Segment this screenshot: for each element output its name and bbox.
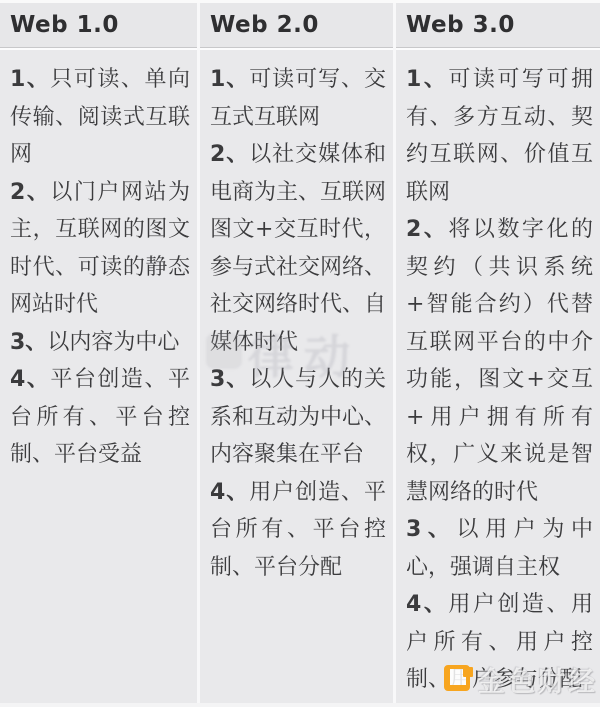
- column-header-web1: Web 1.0: [0, 3, 197, 48]
- list-item: 2、以门户网站为主，互联网的图文时代、可读的静态网站时代: [10, 174, 190, 324]
- list-item: 4、平台创造、平台所有、平台控制、平台受益: [10, 361, 190, 474]
- item-marker: 1、: [210, 67, 249, 92]
- column-header-web2: Web 2.0: [200, 3, 393, 48]
- item-marker: 4、: [10, 367, 50, 392]
- item-marker: 2、: [406, 217, 448, 242]
- list-item: 4、用户创造、用户所有、用户控制、用户参与分配: [406, 586, 593, 699]
- item-marker: 3、: [210, 367, 249, 392]
- item-marker: 3、: [406, 517, 457, 542]
- list-item: 4、用户创造、平台所有、平台控制、平台分配: [210, 474, 386, 587]
- list-item: 2、以社交媒体和电商为主、互联网图文+交互时代，参与式社交网络、社交网络时代、自…: [210, 136, 386, 361]
- item-marker: 4、: [406, 592, 448, 617]
- list-item: 1、只可读、单向传输、阅读式互联网: [10, 61, 190, 174]
- column-body-web3: 1、可读可写可拥有、多方互动、契约互联网、价值互联网 2、将以数字化的契约（共识…: [396, 48, 600, 699]
- column-body-web1: 1、只可读、单向传输、阅读式互联网 2、以门户网站为主，互联网的图文时代、可读的…: [0, 48, 197, 474]
- comparison-table: Web 1.0 1、只可读、单向传输、阅读式互联网 2、以门户网站为主，互联网的…: [0, 0, 600, 707]
- item-text: 以社交媒体和电商为主、互联网图文+交互时代，参与式社交网络、社交网络时代、自媒体…: [210, 142, 386, 355]
- column-web1: Web 1.0 1、只可读、单向传输、阅读式互联网 2、以门户网站为主，互联网的…: [0, 3, 197, 703]
- column-body-web2: 1、可读可写、交互式互联网 2、以社交媒体和电商为主、互联网图文+交互时代，参与…: [200, 48, 393, 586]
- list-item: 3、以内容为中心: [10, 324, 190, 362]
- item-text: 以内容为中心: [47, 330, 179, 355]
- item-marker: 2、: [10, 180, 50, 205]
- column-header-web3: Web 3.0: [396, 3, 600, 48]
- item-marker: 4、: [210, 480, 249, 505]
- item-marker: 1、: [406, 67, 448, 92]
- list-item: 3、以用户为中心，强调自主权: [406, 511, 593, 586]
- list-item: 1、可读可写、交互式互联网: [210, 61, 386, 136]
- item-marker: 3、: [10, 330, 47, 355]
- list-item: 2、将以数字化的契约（共识系统+智能合约）代替互联网平台的中介功能，图文+交互+…: [406, 211, 593, 511]
- list-item: 3、以人与人的关系和互动为中心、内容聚集在平台: [210, 361, 386, 474]
- item-marker: 2、: [210, 142, 249, 167]
- item-marker: 1、: [10, 67, 50, 92]
- list-item: 1、可读可写可拥有、多方互动、契约互联网、价值互联网: [406, 61, 593, 211]
- column-web3: Web 3.0 1、可读可写可拥有、多方互动、契约互联网、价值互联网 2、将以数…: [393, 3, 600, 703]
- table-columns: Web 1.0 1、只可读、单向传输、阅读式互联网 2、以门户网站为主，互联网的…: [0, 3, 600, 703]
- column-web2: Web 2.0 1、可读可写、交互式互联网 2、以社交媒体和电商为主、互联网图文…: [197, 3, 393, 703]
- item-text: 将以数字化的契约（共识系统+智能合约）代替互联网平台的中介功能，图文+交互+用户…: [406, 217, 593, 505]
